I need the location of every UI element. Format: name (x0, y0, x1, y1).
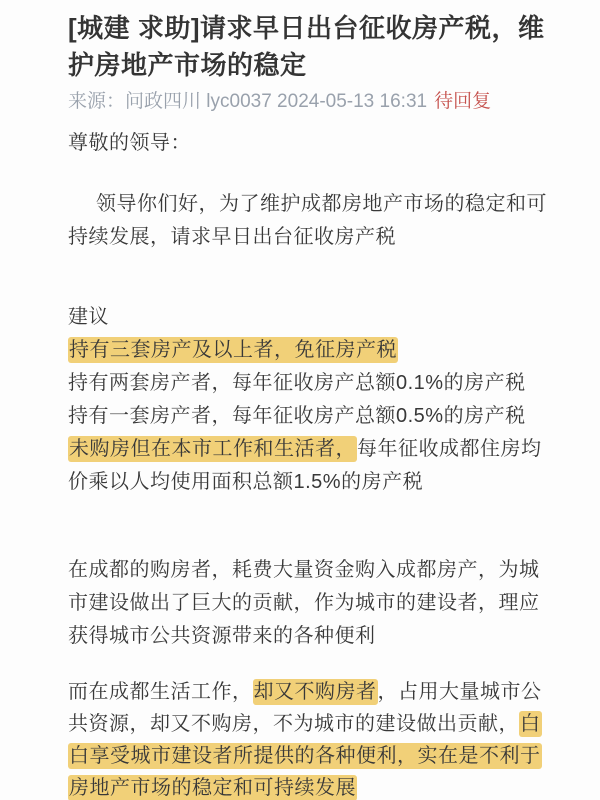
paragraph-non-buyers: 而在成都生活工作，却又不购房者，占用大量城市公共资源，却又不购房，不为城市的建设… (68, 676, 550, 800)
text-segment: 尊敬的领导： (68, 132, 191, 154)
status-badge: 待回复 (434, 91, 491, 112)
text-segment: 持有一套房产者，每年征收房产总额0.5%的房产税 (68, 405, 526, 427)
rule-one-home: 持有一套房产者，每年征收房产总额0.5%的房产税 (68, 400, 550, 433)
text-segment: 持有两套房产者，每年征收房产总额0.1%的房产税 (68, 372, 526, 394)
rule-three-homes: 持有三套房产及以上者，免征房产税 (68, 334, 550, 367)
highlighted-text: 持有三套房产及以上者，免征房产税 (68, 337, 398, 363)
paragraph-buyers: 在成都的购房者，耗费大量资金购入成都房产，为城市建设做出了巨大的贡献，作为城市的… (68, 554, 550, 653)
highlighted-text: 却又不购房者 (253, 679, 378, 705)
highlighted-text: 未购房但在本市工作和生活者， (68, 436, 357, 462)
intro-paragraph: 领导你们好，为了维护成都房地产市场的稳定和可持续发展，请求早日出台征收房产税 (68, 188, 550, 254)
suggestion-heading: 建议 (68, 301, 550, 334)
salutation: 尊敬的领导： (68, 127, 550, 160)
text-segment: 领导你们好，为了维护成都房地产市场的稳定和可持续发展，请求早日出台征收房产税 (68, 193, 547, 248)
post-page: [城建 求助]请求早日出台征收房产税，维护房地产市场的稳定 来源：问政四川 ly… (0, 0, 600, 800)
text-segment: 而在成都生活工作， (68, 681, 253, 703)
rule-two-homes: 持有两套房产者，每年征收房产总额0.1%的房产税 (68, 367, 550, 400)
post-title: [城建 求助]请求早日出台征收房产税，维护房地产市场的稳定 (68, 10, 550, 84)
source-line: 来源：问政四川 lyc0037 2024-05-13 16:31待回复 (68, 90, 550, 114)
text-segment: 建议 (68, 306, 109, 328)
text-segment: 在成都的购房者，耗费大量资金购入成都房产，为城市建设做出了巨大的贡献，作为城市的… (68, 559, 540, 647)
rule-no-home: 未购房但在本市工作和生活者，每年征收成都住房均价乘以人均使用面积总额1.5%的房… (68, 433, 550, 499)
source-prefix-label: 来源： (68, 91, 125, 112)
source-value: 问政四川 lyc0037 2024-05-13 16:31 (125, 91, 427, 112)
